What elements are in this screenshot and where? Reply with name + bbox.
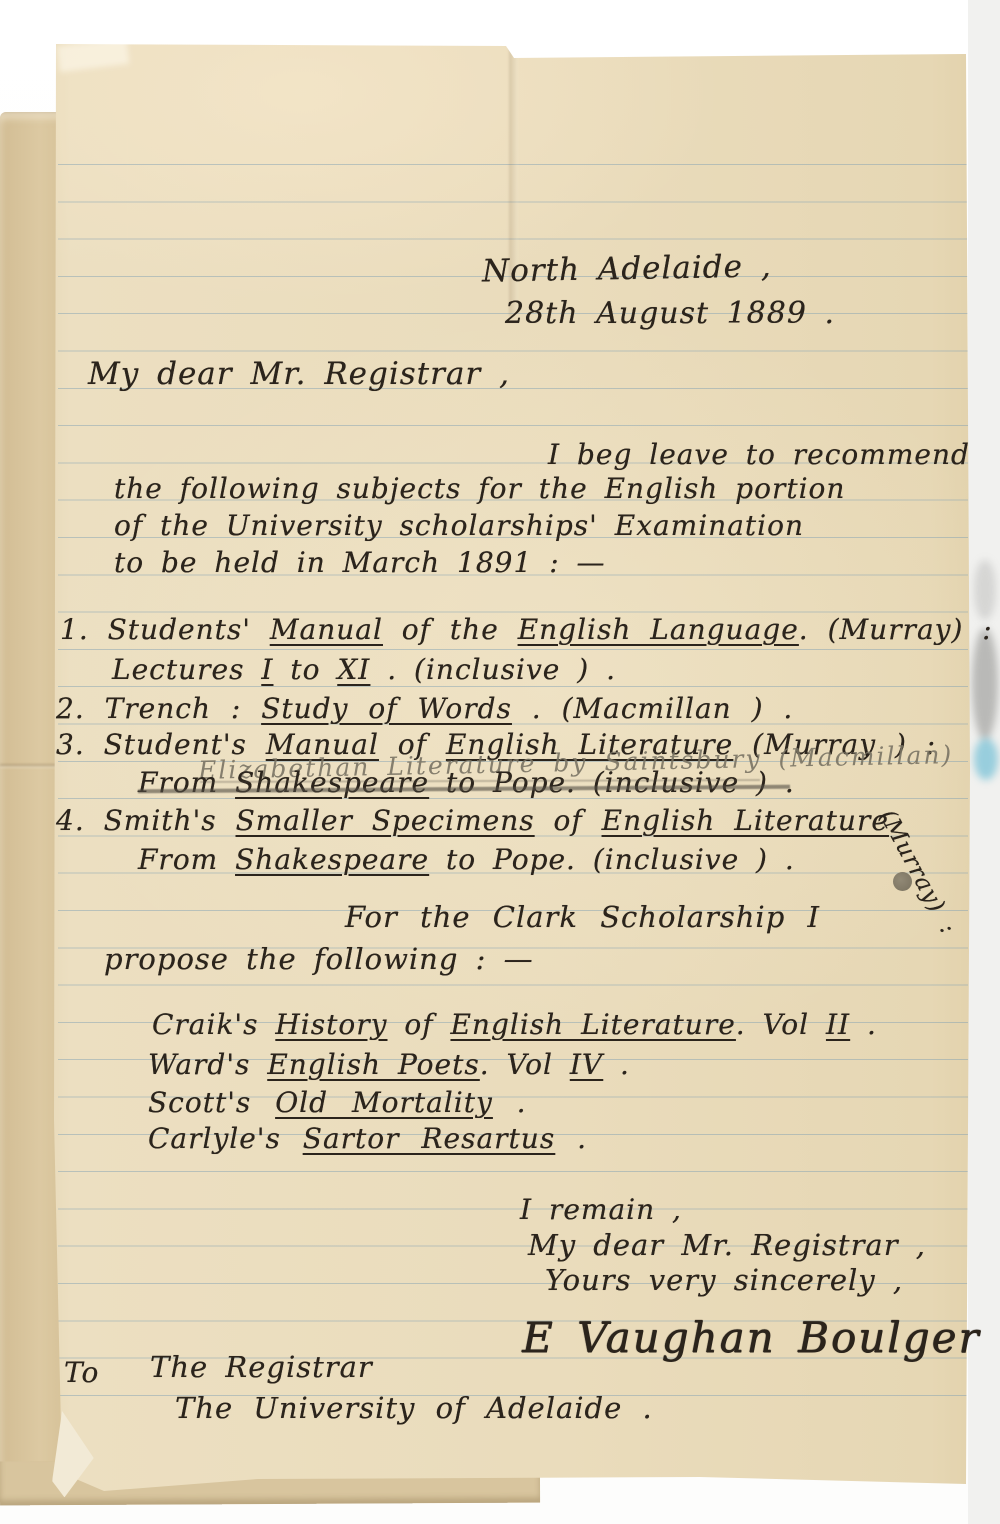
text-segment: to Pope. (inclusive ) .	[429, 766, 795, 799]
text-segment: .	[603, 1048, 630, 1081]
signature: E Vaughan Boulger	[522, 1315, 980, 1361]
opening-line-1: I beg leave to recommend	[548, 440, 970, 471]
text-segment: 2. Trench :	[56, 692, 261, 725]
book-line-1: Craik's History of English Literature. V…	[152, 1010, 877, 1041]
subject-item-2-line-1: 2. Trench : Study of Words . (Macmillan …	[56, 694, 793, 725]
book-line-3: Scott's Old Mortality .	[148, 1088, 527, 1119]
text-segment: .	[493, 1086, 527, 1119]
text-segment: English Poets	[267, 1048, 479, 1081]
salutation: My dear Mr. Registrar ,	[88, 357, 510, 391]
text-segment: Study of Words	[261, 692, 512, 725]
text-segment: English Language	[518, 613, 799, 646]
text-segment: .	[555, 1122, 587, 1155]
text-segment: Manual	[270, 613, 383, 646]
text-segment: of the	[383, 613, 518, 646]
subject-item-1-line-2: Lectures I to XI . (inclusive ) .	[112, 655, 616, 686]
subject-item-4-line-2: From Shakespeare to Pope. (inclusive ) .	[138, 845, 795, 876]
text-segment: of	[535, 804, 602, 837]
text-segment: . Vol	[480, 1048, 570, 1081]
text-segment: of	[387, 1008, 450, 1041]
scan-smudge	[974, 560, 996, 620]
ink-blot	[893, 872, 912, 891]
text-segment: II	[826, 1008, 850, 1041]
text-segment: . Vol	[736, 1008, 826, 1041]
text-segment: .	[850, 1008, 877, 1041]
text-segment: History	[275, 1008, 387, 1041]
subject-item-1-line-1: 1. Students' Manual of the English Langu…	[60, 615, 993, 646]
text-segment: Smaller Specimens	[236, 804, 535, 837]
text-segment: Old Mortality	[275, 1086, 493, 1119]
fold-highlight	[57, 38, 130, 72]
addressee-line-2: The University of Adelaide .	[175, 1393, 653, 1425]
opening-line-2: the following subjects for the English p…	[114, 474, 845, 505]
text-segment: English Literature	[602, 804, 889, 837]
opening-line-3: of the University scholarships' Examinat…	[114, 511, 804, 542]
scanned-letter: North Adelaide , 28th August 1889 . My d…	[0, 0, 1000, 1524]
addressee-to: To	[64, 1358, 99, 1389]
subject-item-3-line-2: From Shakespeare to Pope. (inclusive ) .	[138, 768, 795, 799]
text-segment: Lectures	[112, 653, 261, 686]
text-segment: Carlyle's	[148, 1122, 303, 1155]
text-segment: 1. Students'	[60, 613, 270, 646]
place-line: North Adelaide ,	[482, 249, 772, 288]
opening-line-4: to be held in March 1891 : —	[114, 548, 606, 579]
text-segment: 4. Smith's	[56, 804, 236, 837]
text-segment: . (Murray) :	[799, 613, 993, 646]
addressee-line-1: The Registrar	[150, 1352, 373, 1384]
clark-line-2: propose the following : —	[104, 944, 534, 976]
clark-line-1: For the Clark Scholarship I	[345, 902, 820, 934]
text-segment: Scott's	[148, 1086, 275, 1119]
text-segment: Ward's	[148, 1048, 267, 1081]
closing-line-2: My dear Mr. Registrar ,	[528, 1230, 926, 1262]
closing-line-1: I remain ,	[520, 1195, 682, 1226]
text-segment: to Pope. (inclusive ) .	[429, 843, 795, 876]
book-line-2: Ward's English Poets. Vol IV .	[148, 1050, 630, 1081]
subject-item-4-line-1: 4. Smith's Smaller Specimens of English …	[56, 806, 889, 837]
text-segment: . (Macmillan ) .	[512, 692, 793, 725]
text-segment: IV	[570, 1048, 603, 1081]
text-segment: XI	[337, 653, 370, 686]
scan-smudge-cyan	[974, 738, 998, 780]
book-line-4: Carlyle's Sartor Resartus .	[148, 1124, 587, 1155]
text-segment: to	[273, 653, 337, 686]
date-line: 28th August 1889 .	[505, 297, 835, 330]
text-segment: Craik's	[152, 1008, 275, 1041]
text-segment: I	[261, 653, 273, 686]
text-segment: . (inclusive ) .	[370, 653, 616, 686]
text-segment: Shakespeare	[235, 843, 429, 876]
text-segment: English Literature	[450, 1008, 735, 1041]
closing-line-3: Yours very sincerely ,	[545, 1265, 903, 1297]
text-segment: Sartor Resartus	[303, 1122, 555, 1155]
text-segment: From	[138, 843, 235, 876]
